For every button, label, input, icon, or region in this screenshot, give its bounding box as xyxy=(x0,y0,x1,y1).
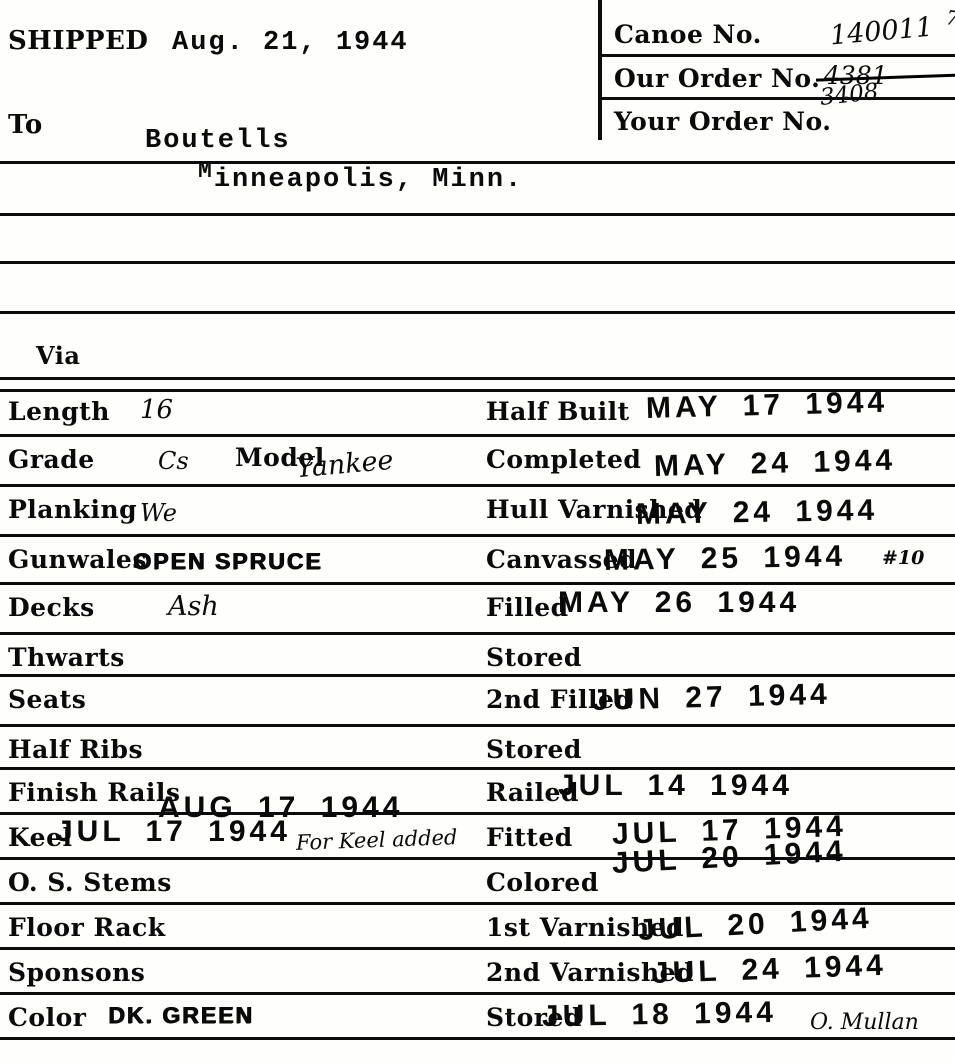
date-stamp: JUL 20 1944 xyxy=(637,904,873,946)
row-value-handwritten: 16 xyxy=(140,397,173,423)
row-label: Finish Rails xyxy=(8,780,181,805)
keel-added-note-handwritten: For Keel added xyxy=(296,827,458,854)
date-stamp: MAY 24 1944 xyxy=(654,446,897,482)
model-value-handwritten: Yankee xyxy=(295,447,395,482)
build-record-table: Length 16 Half Built MAY 17 1944 Grade C… xyxy=(0,389,955,1040)
table-row-half-ribs: Half Ribs Stored xyxy=(0,727,955,770)
row-label: Half Ribs xyxy=(8,737,143,762)
table-row-floor-rack: Floor Rack 1st Varnished JUL 20 1944 xyxy=(0,905,955,950)
stray-pen-mark: 7 xyxy=(945,7,955,29)
consignee-name: Boutells xyxy=(145,128,291,155)
horizontal-rule xyxy=(0,311,955,314)
row-label: Stored xyxy=(486,737,582,762)
row-label: Fitted xyxy=(486,825,573,850)
row-label: Thwarts xyxy=(8,645,125,670)
table-row-length: Length 16 Half Built MAY 17 1944 xyxy=(0,389,955,437)
shipped-date-value: Aug. 21, 1944 xyxy=(172,30,409,57)
table-row-os-stems: O. S. Stems Colored JUL 20 1944 xyxy=(0,860,955,905)
city-initial: M xyxy=(198,158,214,184)
row-label: Filled xyxy=(486,595,569,620)
table-row-planking: Planking We Hull Varnished MAY 24 1944 xyxy=(0,487,955,537)
consignee-city: Minneapolis, Minn. xyxy=(198,167,523,194)
date-stamp: JUN 27 1944 xyxy=(592,680,832,716)
table-row-grade: Grade Cs Model Yankee Completed MAY 24 1… xyxy=(0,437,955,487)
order-number-box: Canoe No. 140011 7 Our Order No. 4381 Yo… xyxy=(598,0,955,140)
date-stamp: MAY 24 1944 xyxy=(636,496,879,530)
date-stamp: MAY 17 1944 xyxy=(646,388,889,424)
shipped-label: SHIPPED xyxy=(8,28,148,54)
canoe-no-row: Canoe No. 140011 7 xyxy=(602,0,955,57)
row-label: Grade xyxy=(8,447,95,472)
row-label: Completed xyxy=(486,447,641,472)
row-label: Colored xyxy=(486,870,599,895)
date-stamp: JUL 24 1944 xyxy=(651,951,887,989)
row-label: Sponsons xyxy=(8,960,145,985)
city-rest: inneapolis, Minn. xyxy=(214,165,523,195)
row-value-stamped: OPEN SPRUCE xyxy=(133,550,322,573)
row-label: Gunwales xyxy=(8,547,147,572)
horizontal-rule xyxy=(0,161,955,164)
canoe-no-value: 140011 xyxy=(829,14,934,50)
row-value-handwritten: We xyxy=(140,501,177,525)
date-stamp: MAY 25 1944 xyxy=(604,542,847,576)
canoe-no-label: Canoe No. xyxy=(614,22,762,47)
your-order-no-label: Your Order No. xyxy=(614,109,831,134)
row-label: Decks xyxy=(8,595,95,620)
row-value-handwritten: Ash xyxy=(168,593,219,620)
table-row-gunwales: Gunwales OPEN SPRUCE Canvassed MAY 25 19… xyxy=(0,537,955,585)
row-label: O. S. Stems xyxy=(8,870,172,895)
row-label: Planking xyxy=(8,497,137,522)
canoe-build-record-card: SHIPPED Aug. 21, 1944 Canoe No. 140011 7… xyxy=(0,0,955,1062)
table-row-thwarts: Thwarts Stored xyxy=(0,635,955,677)
row-label: Seats xyxy=(8,687,86,712)
horizontal-rule xyxy=(0,261,955,264)
your-order-no-value: 3408 xyxy=(819,81,880,110)
via-label: Via xyxy=(36,344,80,368)
canvas-weight-note: #10 xyxy=(882,549,924,568)
date-stamp: MAY 26 1944 xyxy=(558,588,800,618)
table-row-sponsons: Sponsons 2nd Varnished JUL 24 1944 xyxy=(0,950,955,995)
row-label: Color xyxy=(8,1005,86,1030)
row-label: Stored xyxy=(486,645,582,670)
row-label: Half Built xyxy=(486,399,630,424)
horizontal-rule xyxy=(0,213,955,216)
our-order-no-label: Our Order No. xyxy=(614,66,820,91)
row-label: Length xyxy=(8,399,110,424)
row-value-stamped: DK. GREEN xyxy=(108,1004,254,1027)
to-label: To xyxy=(8,112,43,138)
row-label: Floor Rack xyxy=(8,915,166,940)
your-order-no-row: Your Order No. 3408 xyxy=(602,100,955,140)
table-row-seats: Seats 2nd Filled JUN 27 1944 xyxy=(0,677,955,727)
row-value-handwritten: Cs xyxy=(158,449,189,473)
date-stamp: JUL 14 1944 xyxy=(558,771,793,801)
date-stamp: JUL 17 1944 xyxy=(56,817,291,847)
our-order-no-row: Our Order No. 4381 xyxy=(602,57,955,100)
inspector-signature-handwritten: O. Mullan xyxy=(810,1012,919,1034)
table-row-finish-rails: Finish Rails AUG 17 1944 Railed JUL 14 1… xyxy=(0,770,955,815)
date-stamp: JUL 18 1944 xyxy=(542,998,777,1032)
table-row-decks: Decks Ash Filled MAY 26 1944 xyxy=(0,585,955,635)
table-row-color: Color DK. GREEN Stored JUL 18 1944 O. Mu… xyxy=(0,995,955,1040)
